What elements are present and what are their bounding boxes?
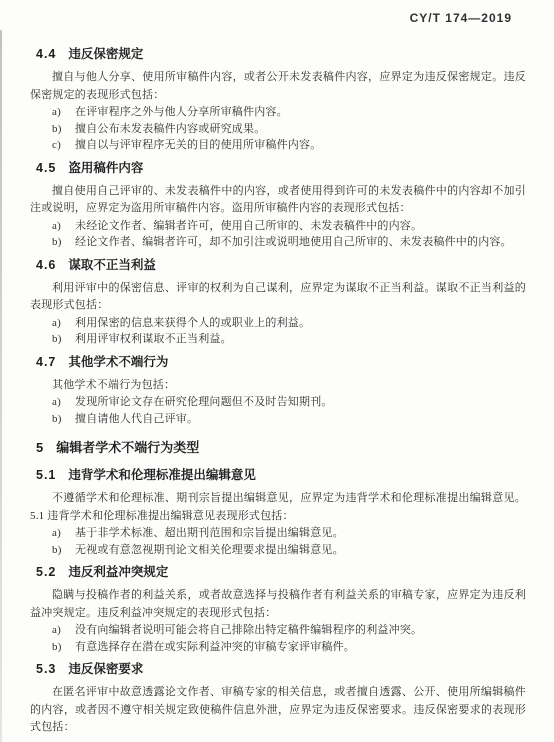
section-paragraph: 利用评审中的保密信息、评审的权利为自己谋利，应界定为谋取不正当利益。谋取不正当利… xyxy=(30,280,526,315)
section-4-4: 4.4违反保密规定擅自与他人分享、使用所审稿件内容，或者公开未发表稿件内容，应界… xyxy=(30,46,526,154)
list-item: b)擅自公布未发表稿件内容或研究成果。 xyxy=(52,121,526,138)
list-item-marker: a) xyxy=(52,315,75,332)
section-number: 5.2 xyxy=(36,565,56,579)
section-heading: 5编辑者学术不端行为类型 xyxy=(36,439,526,456)
list-item-text: 有意选择存在潜在或实际利益冲突的审稿专家评审稿件。 xyxy=(75,641,355,653)
section-heading: 4.4违反保密规定 xyxy=(36,46,526,63)
section-heading: 4.6谋取不正当利益 xyxy=(36,257,526,274)
section-title: 违反保密要求 xyxy=(68,662,143,676)
scanned-document-page: { "header": { "standard_number": "CY/T 1… xyxy=(0,0,554,742)
list-item: a)在评审程序之外与他人分享所审稿件内容。 xyxy=(52,104,526,121)
section-paragraph: 擅自使用自己评审的、未发表稿件中的内容，或者使用得到许可的未发表稿件中的内容却不… xyxy=(30,183,526,218)
list-item: b)利用评审权利谋取不正当利益。 xyxy=(52,331,526,348)
section-title: 其他学术不端行为 xyxy=(68,355,168,369)
list-item-text: 擅自请他人代自己评审。 xyxy=(75,413,198,425)
list-item-text: 利用评审权利谋取不正当利益。 xyxy=(75,333,232,345)
list-item-text: 未经论文作者、编辑者许可，使用自己所审的、未发表稿件中的内容。 xyxy=(75,220,422,232)
section-5-2: 5.2违反利益冲突规定隐瞒与投稿作者的利益关系，或者故意选择与投稿作者有利益关系… xyxy=(30,564,526,655)
list-item-text: 基于非学术标准、超出期刊范围和宗旨提出编辑意见。 xyxy=(75,527,344,539)
list-item-text: 在评审程序之外与他人分享所审稿件内容。 xyxy=(75,106,288,118)
list-item: a)未经论文作者、编辑者许可，使用自己所审的、未发表稿件中的内容。 xyxy=(52,218,526,235)
section-item-list: a)未经论文作者、编辑者许可，使用自己所审的、未发表稿件中的内容。b)经论文作者… xyxy=(30,218,526,251)
section-paragraph: 其他学术不端行为包括： xyxy=(30,377,526,395)
list-item-marker: b) xyxy=(52,234,75,251)
list-item-marker: b) xyxy=(52,411,75,428)
list-item-marker: a) xyxy=(52,104,75,121)
list-item-marker: a) xyxy=(52,218,75,235)
list-item-marker: b) xyxy=(52,331,75,348)
section-paragraph: 在匿名评审中故意透露论文作者、审稿专家的相关信息，或者擅自透露、公开、使用所编辑… xyxy=(30,684,526,737)
list-item: c)擅自以与评审程序无关的目的使用所审稿件内容。 xyxy=(52,137,526,154)
list-item-text: 经论文作者、编辑者许可，却不加引注或说明地使用自己所审的、未发表稿件中的内容。 xyxy=(75,236,512,248)
section-title: 谋取不正当利益 xyxy=(68,258,156,272)
list-item-text: 无视或有意忽视期刊论文相关伦理要求提出编辑意见。 xyxy=(75,544,344,556)
list-item-marker: b) xyxy=(52,121,75,138)
section-5-1: 5.1违背学术和伦理标准提出编辑意见不遵循学术和伦理标准、期刊宗旨提出编辑意见，… xyxy=(30,467,526,558)
list-item-text: 利用保密的信息来获得个人的或职业上的利益。 xyxy=(75,317,310,329)
list-item: a)利用保密的信息来获得个人的或职业上的利益。 xyxy=(52,315,526,332)
section-heading: 5.1违背学术和伦理标准提出编辑意见 xyxy=(36,467,526,484)
document-body: 4.4违反保密规定擅自与他人分享、使用所审稿件内容，或者公开未发表稿件内容，应界… xyxy=(0,26,554,737)
list-item: b)无视或有意忽视期刊论文相关伦理要求提出编辑意见。 xyxy=(52,542,526,559)
list-item: a)没有向编辑者说明可能会将自己排除出特定稿件编辑程序的利益冲突。 xyxy=(52,622,526,639)
section-number: 4.7 xyxy=(36,355,56,369)
section-number: 4.4 xyxy=(36,47,56,61)
list-item-marker: a) xyxy=(52,525,75,542)
section-heading: 4.5盗用稿件内容 xyxy=(36,160,526,177)
list-item: b)有意选择存在潜在或实际利益冲突的审稿专家评审稿件。 xyxy=(52,639,526,656)
section-number: 5 xyxy=(36,440,44,455)
section-4-5: 4.5盗用稿件内容擅自使用自己评审的、未发表稿件中的内容，或者使用得到许可的未发… xyxy=(30,160,526,251)
section-title: 盗用稿件内容 xyxy=(68,161,143,175)
section-title: 违反利益冲突规定 xyxy=(68,565,168,579)
section-number: 5.3 xyxy=(36,662,56,676)
list-item: a)发现所审论文存在研究伦理问题但不及时告知期刊。 xyxy=(52,394,526,411)
section-number: 4.6 xyxy=(36,258,56,272)
list-item: b)擅自请他人代自己评审。 xyxy=(52,411,526,428)
list-item: a)基于非学术标准、超出期刊范围和宗旨提出编辑意见。 xyxy=(52,525,526,542)
section-5: 5编辑者学术不端行为类型 xyxy=(30,439,526,456)
section-heading: 5.2违反利益冲突规定 xyxy=(36,564,526,581)
section-paragraph: 不遵循学术和伦理标准、期刊宗旨提出编辑意见，应界定为违背学术和伦理标准提出编辑意… xyxy=(30,490,526,525)
list-item-text: 没有向编辑者说明可能会将自己排除出特定稿件编辑程序的利益冲突。 xyxy=(75,624,422,636)
section-title: 违背学术和伦理标准提出编辑意见 xyxy=(68,468,256,482)
section-item-list: a)发现所审论文存在研究伦理问题但不及时告知期刊。b)擅自请他人代自己评审。 xyxy=(30,394,526,427)
list-item-marker: b) xyxy=(52,639,75,656)
section-title: 编辑者学术不端行为类型 xyxy=(56,440,199,455)
list-item-text: 发现所审论文存在研究伦理问题但不及时告知期刊。 xyxy=(75,396,333,408)
list-item-marker: a) xyxy=(52,394,75,411)
section-5-3: 5.3违反保密要求在匿名评审中故意透露论文作者、审稿专家的相关信息，或者擅自透露… xyxy=(30,661,526,737)
section-paragraph: 擅自与他人分享、使用所审稿件内容，或者公开未发表稿件内容，应界定为违反保密规定。… xyxy=(30,69,526,104)
section-item-list: a)没有向编辑者说明可能会将自己排除出特定稿件编辑程序的利益冲突。b)有意选择存… xyxy=(30,622,526,655)
section-heading: 4.7其他学术不端行为 xyxy=(36,354,526,371)
section-4-6: 4.6谋取不正当利益利用评审中的保密信息、评审的权利为自己谋利，应界定为谋取不正… xyxy=(30,257,526,348)
list-item-marker: a) xyxy=(52,622,75,639)
section-item-list: a)基于非学术标准、超出期刊范围和宗旨提出编辑意见。b)无视或有意忽视期刊论文相… xyxy=(30,525,526,558)
section-number: 4.5 xyxy=(36,161,56,175)
section-paragraph: 隐瞒与投稿作者的利益关系，或者故意选择与投稿作者有利益关系的审稿专家，应界定为违… xyxy=(30,587,526,622)
section-number: 5.1 xyxy=(36,468,56,482)
list-item-text: 擅自公布未发表稿件内容或研究成果。 xyxy=(75,123,265,135)
list-item-text: 擅自以与评审程序无关的目的使用所审稿件内容。 xyxy=(75,139,321,151)
list-item: b)经论文作者、编辑者许可，却不加引注或说明地使用自己所审的、未发表稿件中的内容… xyxy=(52,234,526,251)
section-heading: 5.3违反保密要求 xyxy=(36,661,526,678)
section-4-7: 4.7其他学术不端行为其他学术不端行为包括：a)发现所审论文存在研究伦理问题但不… xyxy=(30,354,526,428)
section-item-list: a)在评审程序之外与他人分享所审稿件内容。b)擅自公布未发表稿件内容或研究成果。… xyxy=(30,104,526,154)
section-title: 违反保密规定 xyxy=(68,47,143,61)
section-item-list: a)利用保密的信息来获得个人的或职业上的利益。b)利用评审权利谋取不正当利益。 xyxy=(30,315,526,348)
list-item-marker: c) xyxy=(52,137,75,154)
list-item-marker: b) xyxy=(52,542,75,559)
standard-number: CY/T 174—2019 xyxy=(410,11,512,25)
page-header: CY/T 174—2019 xyxy=(0,0,554,26)
